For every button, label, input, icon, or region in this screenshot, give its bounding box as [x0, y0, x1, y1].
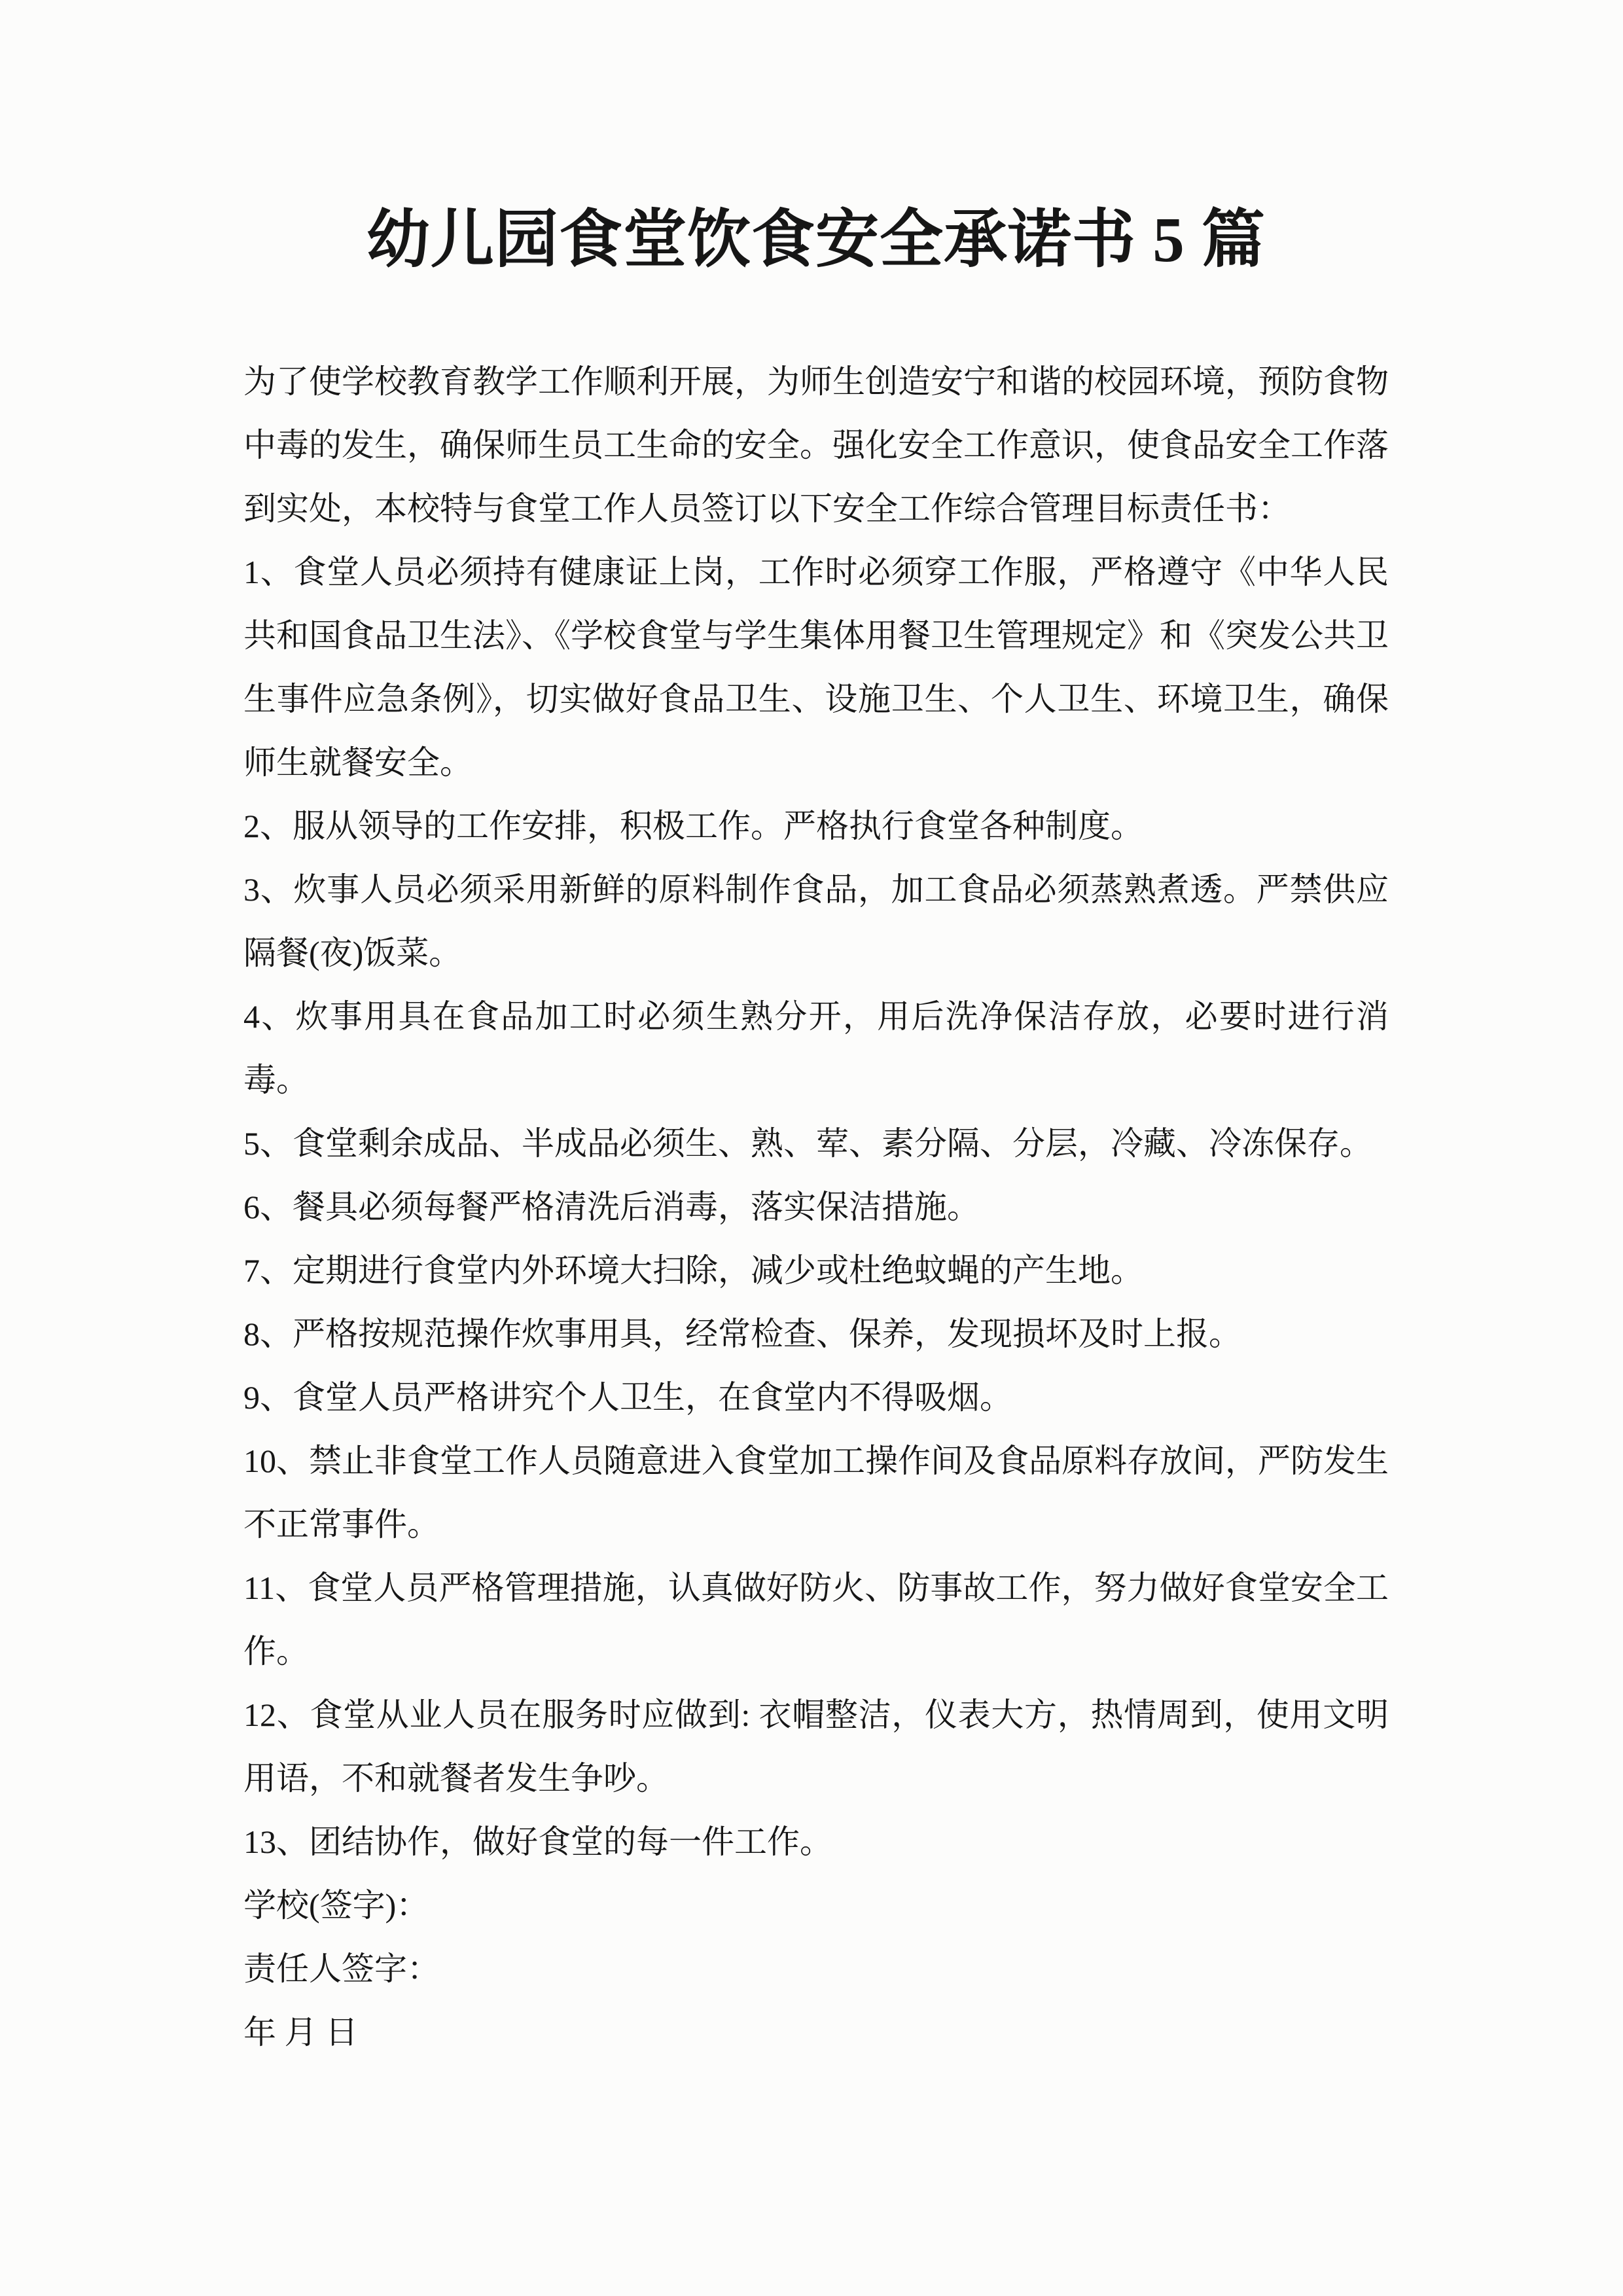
document-content: 幼儿园食堂饮食安全承诺书 5 篇 为了使学校教育教学工作顺利开展，为师生创造安宁… [243, 202, 1389, 2064]
item-5-paragraph: 5、食堂剩余成品、半成品必须生、熟、荤、素分隔、分层，冷藏、冷冻保存。 [243, 1112, 1389, 1175]
item-4-paragraph: 4、炊事用具在食品加工时必须生熟分开，用后洗净保洁存放，必要时进行消毒。 [243, 985, 1389, 1112]
item-10-paragraph: 10、禁止非食堂工作人员随意进入食堂加工操作间及食品原料存放间，严防发生不正常事… [243, 1429, 1389, 1556]
responsible-signature-line: 责任人签字： [243, 1937, 1389, 2001]
item-11-paragraph: 11、食堂人员严格管理措施，认真做好防火、防事故工作，努力做好食堂安全工作。 [243, 1556, 1389, 1683]
item-12-paragraph: 12、食堂从业人员在服务时应做到: 衣帽整洁，仪表大方，热情周到，使用文明用语，… [243, 1683, 1389, 1810]
item-8-paragraph: 8、严格按规范操作炊事用具，经常检查、保养，发现损坏及时上报。 [243, 1302, 1389, 1366]
item-13-paragraph: 13、团结协作，做好食堂的每一件工作。 [243, 1810, 1389, 1874]
item-1-paragraph: 1、食堂人员必须持有健康证上岗，工作时必须穿工作服，严格遵守《中华人民共和国食品… [243, 541, 1389, 795]
date-line: 年 月 日 [243, 2001, 1389, 2064]
item-2-paragraph: 2、服从领导的工作安排，积极工作。严格执行食堂各种制度。 [243, 795, 1389, 858]
school-signature-line: 学校(签字)： [243, 1874, 1389, 1937]
page-title: 幼儿园食堂饮食安全承诺书 5 篇 [243, 202, 1389, 278]
item-3-paragraph: 3、炊事人员必须采用新鲜的原料制作食品，加工食品必须蒸熟煮透。严禁供应隔餐(夜)… [243, 858, 1389, 985]
intro-paragraph: 为了使学校教育教学工作顺利开展，为师生创造安宁和谐的校园环境，预防食物中毒的发生… [243, 350, 1389, 541]
item-9-paragraph: 9、食堂人员严格讲究个人卫生，在食堂内不得吸烟。 [243, 1366, 1389, 1429]
document-page: 幼儿园食堂饮食安全承诺书 5 篇 为了使学校教育教学工作顺利开展，为师生创造安宁… [0, 0, 1623, 2296]
item-6-paragraph: 6、餐具必须每餐严格清洗后消毒，落实保洁措施。 [243, 1175, 1389, 1239]
item-7-paragraph: 7、定期进行食堂内外环境大扫除，减少或杜绝蚊蝇的产生地。 [243, 1239, 1389, 1302]
document-body: 为了使学校教育教学工作顺利开展，为师生创造安宁和谐的校园环境，预防食物中毒的发生… [243, 350, 1389, 2064]
